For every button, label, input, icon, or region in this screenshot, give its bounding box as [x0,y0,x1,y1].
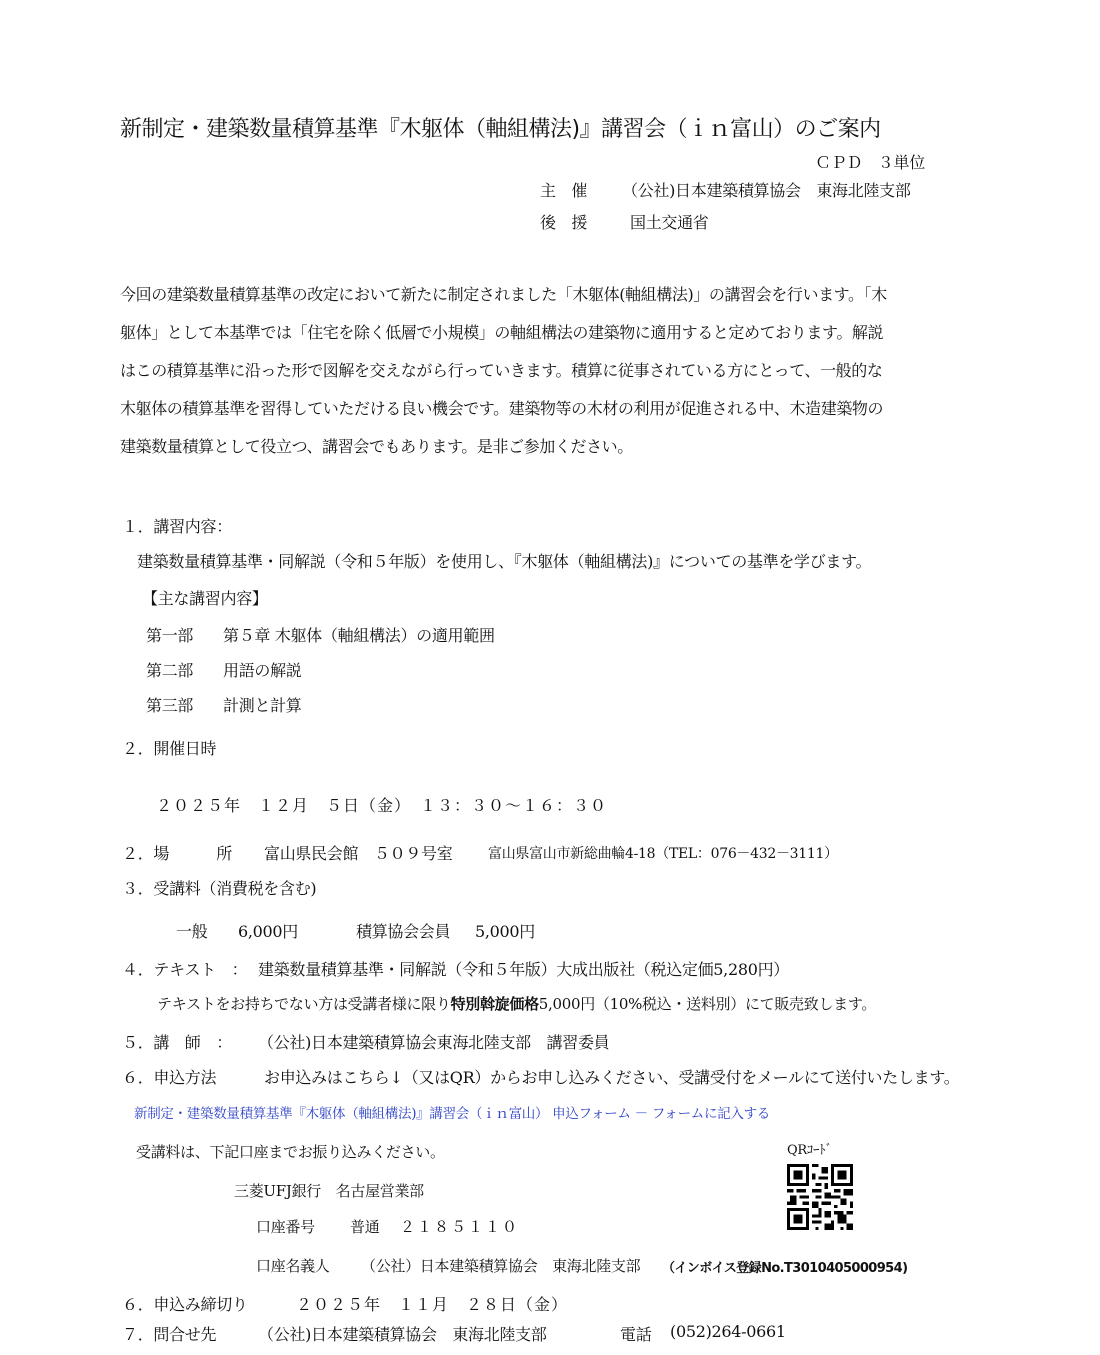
section-content-heading: １．講習内容： [122,514,232,537]
note-prefix: テキストをお持ちでない方は受講者様に限り [157,995,451,1013]
section-content-description: 建築数量積算基準・同解説（令和５年版）を使用し、『木躯体（軸組構法)』についての… [137,549,871,572]
section-text-heading: ４．テキスト ： [122,957,247,980]
bank-name: 三菱UFJ銀行 名古屋営業部 [234,1180,424,1201]
organizer: （公社)日本建築積算協会 東海北陸支部 [622,178,911,201]
text-purchase-note: テキストをお持ちでない方は受講者様に限り特別斡旋価格5,000円（10%税込・送… [157,993,876,1014]
transfer-note: 受講料は、下記口座までお振り込みください。 [136,1141,445,1162]
venue-name: 富山県民会館 ５０９号室 [264,841,452,864]
text-book: 建築数量積算基準・同解説（令和５年版）大成出版社（税込定価5,280円） [258,957,789,980]
account-number-label: 口座番号 [256,1216,315,1237]
section-lecturer-heading: ５．講 師 ： [122,1030,232,1053]
fee-general-price: 6,000円 [238,919,298,942]
section-content-subheading: 【主な講習内容】 [142,586,268,609]
fee-member-price: 5,000円 [475,919,535,942]
section-contact-heading: ７．問合せ先 [122,1322,216,1345]
invoice-registration: （インボイス登録No.T3010405000954) [662,1257,907,1276]
qr-label: QRｺｰﾄﾞ [787,1139,832,1158]
contact-phone-label: 電話 [620,1322,651,1345]
section-fee-heading: ３．受講料（消費税を含む) [122,876,316,899]
account-holder: （公社）日本建築積算協会 東海北陸支部 [361,1255,640,1276]
page-title: 新制定・建築数量積算基準『木躯体（軸組構法)』講習会（ｉｎ富山）のご案内 [120,112,881,143]
part-label: 第一部 [146,623,193,646]
cpd-units: ＣＰＤ ３単位 [815,150,925,173]
account-holder-label: 口座名義人 [256,1255,330,1276]
deadline-value: ２０２５年 １１月 ２８日（金） [296,1292,568,1315]
part-topic: 用語の解説 [223,658,302,681]
fee-member-label: 積算協会会員 [356,919,450,942]
sponsor-label: 後 援 [540,210,587,233]
intro-line: 木躯体の積算基準を習得していただける良い機会です。建築物等の木材の利用が促進され… [120,390,970,428]
section-venue-heading: ２．場 所 [122,841,232,864]
application-form-link[interactable]: 新制定・建築数量積算基準『木躯体（軸組構法)』講習会（ｉｎ富山） 申込フォーム … [134,1102,770,1122]
section-apply-heading: ６．申込方法 [122,1065,216,1088]
part-label: 第二部 [146,658,193,681]
contact-phone: (052)264-0661 [670,1322,786,1341]
qr-code-icon[interactable] [787,1164,853,1230]
contact-org: （公社)日本建築積算協会 東海北陸支部 [258,1322,547,1345]
account-number: ２１８５１１０ [400,1216,519,1237]
part-topic: 計測と計算 [223,693,302,716]
section-date-heading: ２．開催日時 [122,736,216,759]
note-special-price: 特別斡旋価格 [451,995,539,1013]
intro-line: 躯体」として本基準では「住宅を除く低層で小規模」の軸組構法の建築物に適用すると定… [120,314,970,352]
intro-line: 建築数量積算として役立つ、講習会でもあります。是非ご参加ください。 [120,428,970,466]
intro-line: 今回の建築数量積算基準の改定において新たに制定されました「木躯体(軸組構法)」の… [120,276,970,314]
sponsor: 国土交通省 [630,210,709,233]
intro-paragraph: 今回の建築数量積算基準の改定において新たに制定されました「木躯体(軸組構法)」の… [120,276,970,466]
account-type: 普通 [350,1216,379,1237]
lecturer-value: （公社)日本建築積算協会東海北陸支部 講習委員 [258,1030,609,1053]
venue-address: 富山県富山市新総曲輪4-18（TEL：076－432－3111） [488,843,838,863]
part-topic: 第５章 木躯体（軸組構法）の適用範囲 [223,623,495,646]
part-label: 第三部 [146,693,193,716]
apply-instructions: お申込みはこちら↓（又はQR）からお申し込みください、受講受付をメールにて送付い… [264,1065,959,1088]
organizer-label: 主 催 [540,178,587,201]
event-datetime: ２０２５年 １２月 ５日（金） １３：３０～１６：３０ [156,793,607,816]
note-suffix: 5,000円（10%税込・送料別）にて販売致します。 [539,995,876,1013]
intro-line: はこの積算基準に沿った形で図解を交えながら行っていきます。積算に従事されている方… [120,352,970,390]
fee-general-label: 一般 [176,919,207,942]
section-deadline-heading: ６．申込み締切り [122,1292,248,1315]
